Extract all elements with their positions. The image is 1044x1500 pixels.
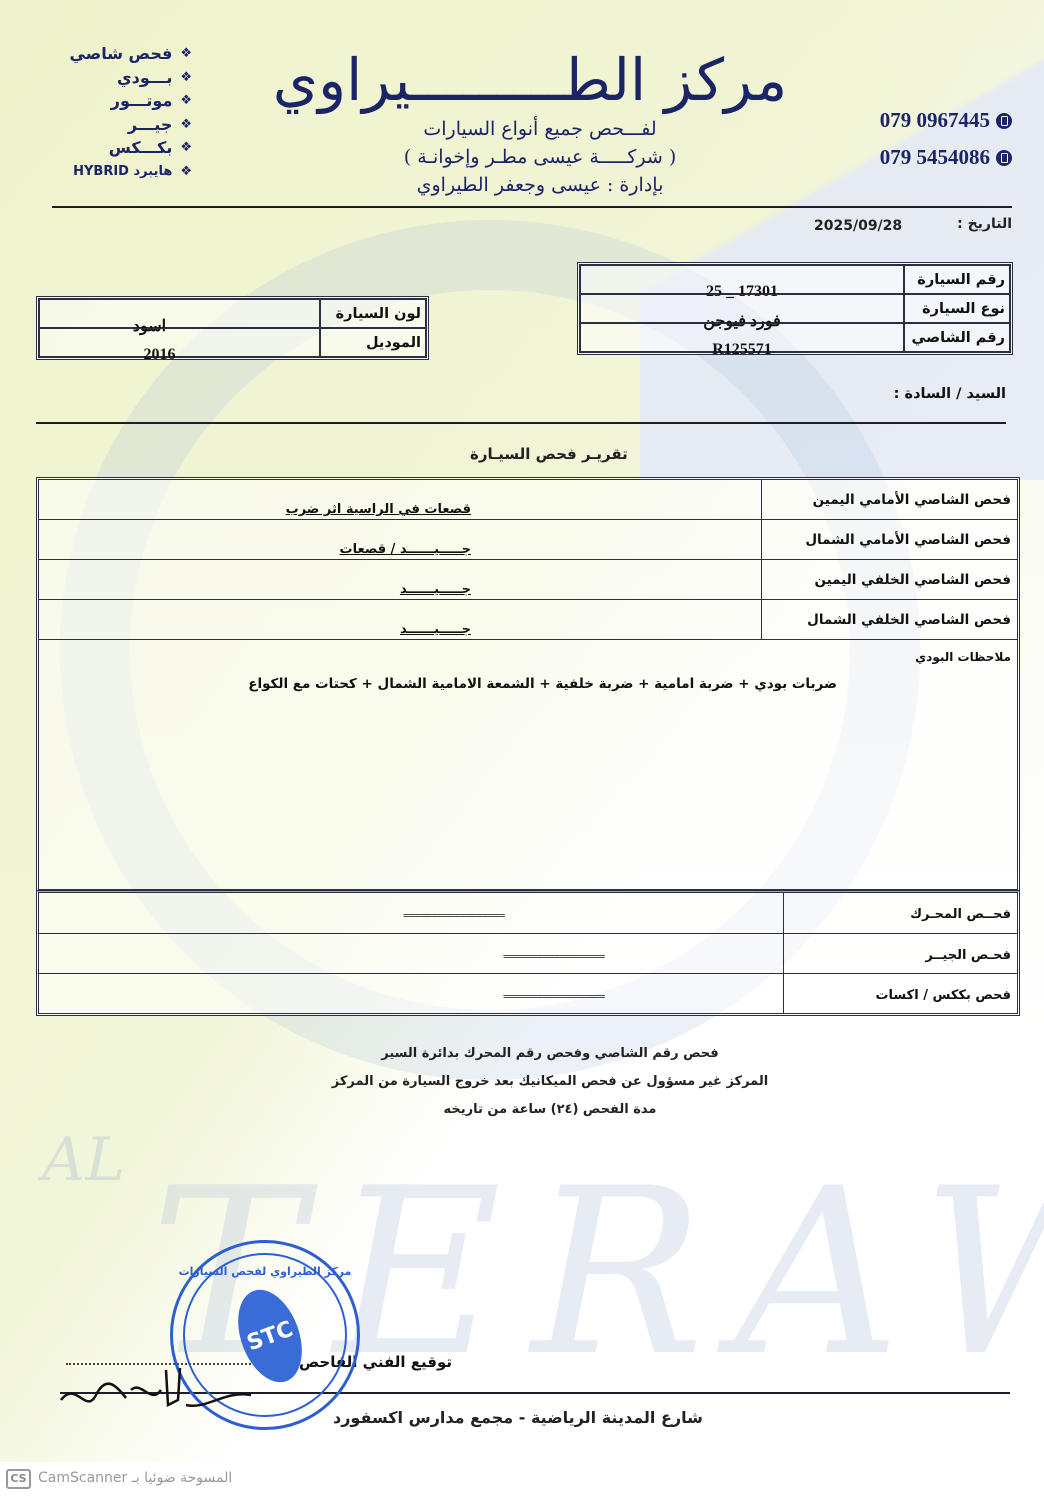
table-row: فحص الشاصي الأمامي اليمين قصعات في الراس… [39, 480, 1017, 519]
row-label: فحص الشاصي الأمامي الشمال [761, 520, 1017, 559]
body-notes-text: ضربات بودي + ضربة امامية + ضربة خلفية + … [248, 676, 837, 692]
model-year-label: الموديل [320, 328, 426, 357]
vehicle-extra-table: اسود لون السيارة 2016 الموديل [36, 296, 429, 360]
mechanical-report-table: فحــص المحـرك ================== فحـص ال… [36, 890, 1020, 1016]
subtitle-line: ( شركـــــة عيسى مطـر وإخوانـة ) [330, 143, 750, 171]
chassis-number-label: رقم الشاصي [904, 323, 1010, 352]
table-row: فحــص المحـرك ================== [39, 893, 1017, 933]
footnote: المركز غير مسؤول عن فحص الميكانيك بعد خر… [300, 1068, 800, 1096]
car-type-value: فورد فيوجن [580, 294, 904, 323]
row-label: فحص الشاصي الخلفي اليمين [761, 560, 1017, 599]
table-row: فحص بككس / اكسات ================== [39, 973, 1017, 1013]
row-label: فحص بككس / اكسات [783, 974, 1017, 1013]
camscanner-text: CamScanner المسوحة ضوئيا بـ [38, 1470, 232, 1486]
car-color-label: لون السيارة [320, 299, 426, 328]
service-item: ❖جيـــر [52, 113, 192, 137]
mobile-phone-icon [996, 150, 1012, 166]
table-row: 2016 الموديل [39, 328, 426, 357]
table-row: فورد فيوجن نوع السيارة [580, 294, 1010, 323]
mobile-phone-icon [996, 113, 1012, 129]
vehicle-info-table: 25 _ 17301 رقم السيارة فورد فيوجن نوع ال… [577, 262, 1013, 355]
footnote: مدة الفحص (٢٤) ساعة من تاريخه [300, 1096, 800, 1124]
service-item: ❖بكـــكس [52, 136, 192, 160]
service-item: ❖موتـــور [52, 89, 192, 113]
model-year-value: 2016 [39, 328, 320, 357]
bullet-icon: ❖ [180, 113, 192, 137]
car-color-value: اسود [39, 299, 320, 328]
chassis-number-value: R125571 [580, 323, 904, 352]
watermark-al: AL [42, 1125, 125, 1195]
bullet-icon: ❖ [180, 160, 192, 184]
row-label: فحص الشاصي الخلفي الشمال [761, 600, 1017, 639]
phone-list: 079 0967445 079 5454086 [832, 102, 1012, 176]
table-row: فحص الشاصي الخلفي الشمال جـــــيــــــد [39, 599, 1017, 639]
table-row: 25 _ 17301 رقم السيارة [580, 265, 1010, 294]
customer-line [36, 422, 1006, 424]
service-item: ❖فحص شاصي [52, 42, 192, 66]
footnote: فحص رقم الشاصي وفحص رقم المحرك بدائرة ال… [300, 1040, 800, 1068]
center-name-title: مركز الطـــــــــيراوي [250, 46, 810, 114]
subtitle-line: لفـــحص جميع أنواع السيارات [330, 115, 750, 143]
footnotes: فحص رقم الشاصي وفحص رقم المحرك بدائرة ال… [300, 1040, 800, 1124]
bullet-icon: ❖ [180, 136, 192, 160]
header-subtitles: لفـــحص جميع أنواع السيارات ( شركـــــة … [330, 115, 750, 199]
row-value: ================== [39, 893, 783, 933]
service-item: ❖هايبرد HYBRID [52, 160, 192, 184]
bullet-icon: ❖ [180, 89, 192, 113]
service-item: ❖بـــودي [52, 66, 192, 90]
row-label: فحــص المحـرك [783, 893, 1017, 933]
camscanner-logo-icon: CS [6, 1469, 31, 1489]
services-list: ❖فحص شاصي ❖بـــودي ❖موتـــور ❖جيـــر ❖بك… [52, 42, 192, 183]
table-row: فحـص الجيــر ================== [39, 933, 1017, 973]
row-label: فحص الشاصي الأمامي اليمين [761, 480, 1017, 519]
car-type-label: نوع السيارة [904, 294, 1010, 323]
stamp-text: مركز الطيراوي لفحص السيارات [173, 1265, 357, 1278]
bullet-icon: ❖ [180, 66, 192, 90]
row-value: جـــــيــــــد [39, 560, 761, 599]
date-value: 2025/09/28 [814, 218, 902, 234]
report-title: تقريـر فحص السيـارة [470, 445, 628, 463]
row-value: قصعات في الراسية اثر ضرب [39, 480, 761, 519]
body-notes-section: ملاحظات البودي ضربات بودي + ضربة امامية … [39, 639, 1017, 889]
plate-value: 25 _ 17301 [580, 265, 904, 294]
table-row: فحص الشاصي الخلفي اليمين جـــــيــــــد [39, 559, 1017, 599]
phone-number: 079 0967445 [880, 108, 990, 133]
subtitle-line: بإدارة : عيسى وجعفر الطيراوي [330, 171, 750, 199]
table-row: R125571 رقم الشاصي [580, 323, 1010, 352]
address: شارع المدينة الرياضية - مجمع مدارس اكسفو… [333, 1408, 703, 1427]
row-value: ================== [39, 974, 783, 1013]
body-notes-label: ملاحظات البودي [915, 650, 1011, 664]
row-label: فحـص الجيــر [783, 934, 1017, 973]
plate-label: رقم السيارة [904, 265, 1010, 294]
row-value: جـــــيــــــد [39, 600, 761, 639]
header-divider [52, 206, 1012, 208]
date-label: التاريخ : [957, 216, 1012, 232]
table-row: فحص الشاصي الأمامي الشمال جـــــيــــــد… [39, 519, 1017, 559]
table-row: اسود لون السيارة [39, 299, 426, 328]
phone-number: 079 5454086 [880, 145, 990, 170]
phone-entry: 079 0967445 [832, 102, 1012, 139]
customer-label: السيد / السادة : [894, 386, 1006, 402]
row-value: ================== [39, 934, 783, 973]
bullet-icon: ❖ [180, 42, 192, 66]
handwritten-signature [56, 1360, 256, 1420]
chassis-report-table: فحص الشاصي الأمامي اليمين قصعات في الراس… [36, 477, 1020, 892]
phone-entry: 079 5454086 [832, 139, 1012, 176]
row-value: جـــــيــــــد / قصعات [39, 520, 761, 559]
